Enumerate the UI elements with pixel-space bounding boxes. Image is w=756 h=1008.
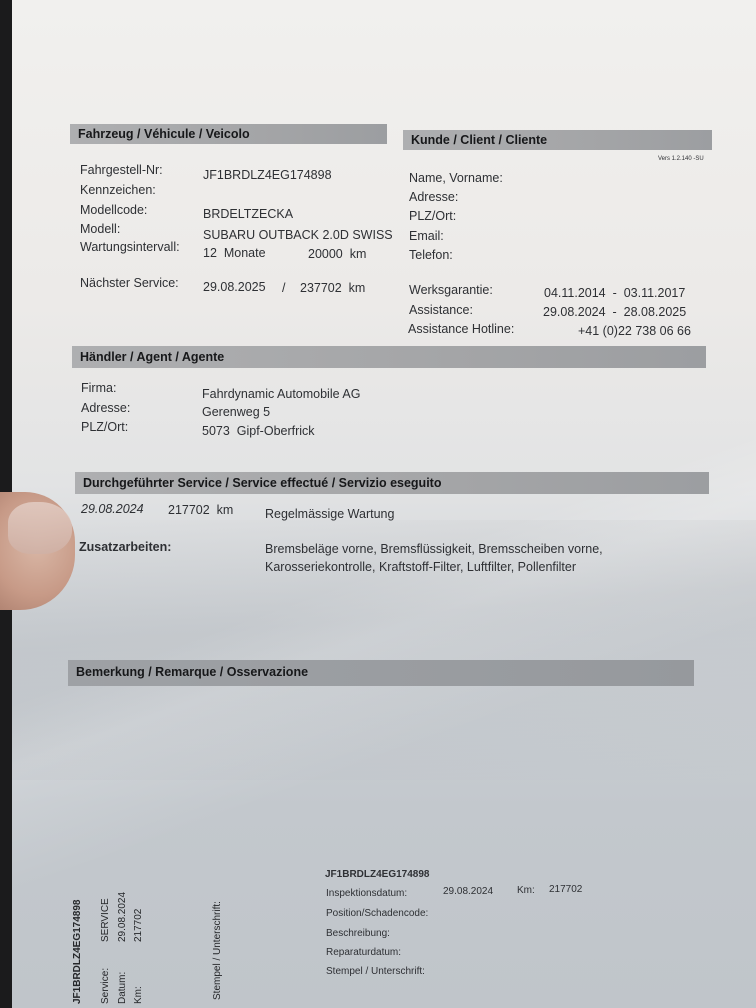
coupon-km-label: Km:	[133, 986, 144, 1004]
next-service-separator: /	[282, 281, 285, 295]
model-value: SUBARU OUTBACK 2.0D SWISS	[203, 228, 393, 242]
coupon-service-value: SERVICE	[100, 898, 111, 942]
model-code-label: Modellcode:	[80, 203, 147, 217]
paper-fold-shadow	[12, 520, 756, 780]
customer-zip-label: PLZ/Ort:	[409, 209, 456, 223]
assistance-label: Assistance:	[409, 303, 473, 317]
service-section-header: Durchgeführter Service / Service effectu…	[75, 472, 709, 494]
hotline-value: +41 (0)22 738 06 66	[578, 324, 691, 338]
extra-work-label: Zusatzarbeiten:	[79, 540, 171, 554]
inspection-km-value: 217702	[549, 884, 582, 895]
inspection-km-label: Km:	[517, 885, 535, 896]
coupon-date-value: 29.08.2024	[117, 892, 128, 942]
version-label: Vers 1.2.140 -SU	[658, 156, 704, 162]
coupon-stamp-label: Stempel / Unterschrift:	[212, 901, 223, 1000]
remarks-section-header: Bemerkung / Remarque / Osservazione	[68, 660, 694, 686]
service-date: 29.08.2024	[81, 502, 144, 516]
vin-label: Fahrgestell-Nr:	[80, 163, 163, 177]
thumbnail	[8, 502, 72, 554]
dealer-address-value: Gerenweg 5	[202, 405, 270, 419]
vehicle-section-header: Fahrzeug / Véhicule / Veicolo	[70, 124, 387, 144]
extra-work-line1: Bremsbeläge vorne, Bremsflüssigkeit, Bre…	[265, 542, 603, 556]
customer-section-header: Kunde / Client / Cliente	[403, 130, 712, 150]
warranty-label: Werksgarantie:	[409, 283, 493, 297]
interval-km: 20000 km	[308, 247, 366, 261]
inspection-description-label: Beschreibung:	[326, 928, 390, 939]
customer-phone-label: Telefon:	[409, 248, 453, 262]
model-label: Modell:	[80, 222, 120, 236]
service-km: 217702 km	[168, 503, 233, 517]
service-type: Regelmässige Wartung	[265, 507, 394, 521]
vin-value: JF1BRDLZ4EG174898	[203, 168, 332, 182]
assistance-value: 29.08.2024 - 28.08.2025	[543, 305, 686, 319]
dealer-zip-label: PLZ/Ort:	[81, 420, 128, 434]
warranty-value: 04.11.2014 - 03.11.2017	[544, 286, 685, 300]
hotline-label: Assistance Hotline:	[408, 322, 514, 336]
interval-label: Wartungsintervall:	[80, 240, 180, 254]
interval-months: 12 Monate	[203, 246, 266, 260]
coupon-date-label: Datum:	[117, 972, 128, 1004]
plate-label: Kennzeichen:	[80, 183, 156, 197]
coupon-km-value: 217702	[133, 909, 144, 942]
dealer-company-value: Fahrdynamic Automobile AG	[202, 387, 360, 401]
inspection-position-label: Position/Schadencode:	[326, 908, 428, 919]
inspection-stamp-label: Stempel / Unterschrift:	[326, 966, 425, 977]
customer-name-label: Name, Vorname:	[409, 171, 503, 185]
next-service-date: 29.08.2025	[203, 280, 266, 294]
dealer-company-label: Firma:	[81, 381, 116, 395]
coupon-service-label: Service:	[100, 968, 111, 1004]
customer-address-label: Adresse:	[409, 190, 458, 204]
next-service-km: 237702 km	[300, 281, 365, 295]
inspection-repair-label: Reparaturdatum:	[326, 947, 401, 958]
inspection-date-value: 29.08.2024	[443, 886, 493, 897]
inspection-date-label: Inspektionsdatum:	[326, 888, 407, 899]
dealer-address-label: Adresse:	[81, 401, 130, 415]
dealer-section-header: Händler / Agent / Agente	[72, 346, 706, 368]
dealer-zip-value: 5073 Gipf-Oberfrick	[202, 424, 315, 438]
extra-work-line2: Karosseriekontrolle, Kraftstoff-Filter, …	[265, 560, 576, 574]
coupon-vin: JF1BRDLZ4EG174898	[72, 900, 83, 1005]
next-service-label: Nächster Service:	[80, 276, 179, 290]
customer-email-label: Email:	[409, 229, 444, 243]
inspection-vin: JF1BRDLZ4EG174898	[325, 869, 430, 880]
model-code-value: BRDELTZECKA	[203, 207, 293, 221]
